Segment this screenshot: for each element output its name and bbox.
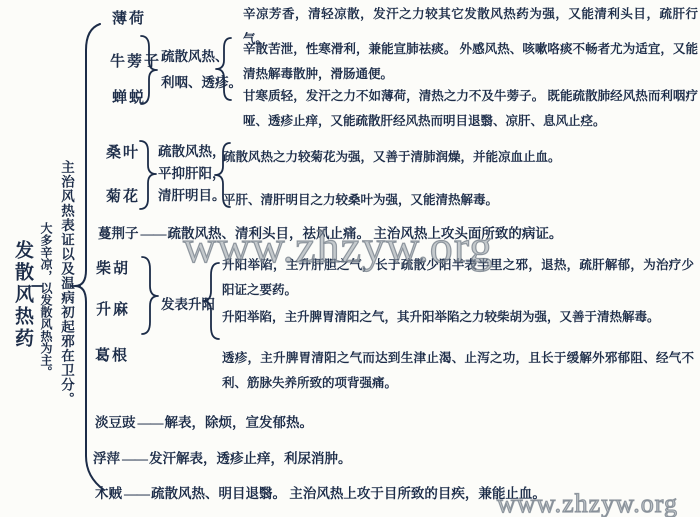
desc-dandouchi: 解表，除烦，宣发郁热。 (165, 415, 314, 430)
herb-name-dandouchi: 淡豆豉 (95, 415, 136, 430)
category-title: 发散风热药 (9, 240, 36, 350)
surface-group-label-line2: 利咽、透疹。 (161, 70, 242, 96)
nature-note: 大多辛凉，以发散风热为主。 (38, 222, 55, 378)
desc-shengma: 升阳举陷，主升脾胃清阳之气，其升阳举陷之力较柴胡为强，又善于清热解毒。 (222, 305, 694, 330)
herb-name-chantui: 蝉蜕 (112, 91, 146, 106)
herb-name-juhua: 菊花 (106, 190, 140, 205)
herb-row-dandouchi: 淡豆豉——解表，除烦，宣发郁热。 (95, 415, 313, 431)
herb-row-muzei: 木贼——疏散风热、明目退翳。 主治风热上攻于目所致的目疾，兼能止血。 (95, 486, 546, 502)
desc-sangye: 疏散风热之力较菊花为强，又善于清肺润燥，并能凉血止血。 (223, 145, 693, 170)
dash-connector: —— (136, 415, 165, 430)
desc-gegen: 透疹，主升脾胃清阳之气而达到生津止渴、止泻之功，且长于缓解外邪郁阻、经气不利、筋… (222, 346, 694, 396)
herb-name-gegen: 葛根 (95, 349, 129, 364)
sang-ju-label-line2: 平抑肝阳， (158, 163, 226, 185)
herb-name-bohe: 薄荷 (112, 12, 146, 27)
herb-name-shengma: 升麻 (96, 303, 130, 318)
watermark-center: www.zhzyw.org (183, 220, 493, 273)
desc-muzei: 疏散风热、明目退翳。 主治风热上攻于目所致的目疾，兼能止血。 (151, 486, 546, 501)
desc-niubangzi: 辛散苦泄，性寒滑利，兼能宣肺祛痰。 外感风热、咳嗽咯痰不畅者尤为适宜，又能清热解… (243, 37, 698, 87)
sang-ju-label-line1: 疏散风热， (158, 141, 226, 163)
desc-juhua: 平肝、清肝明目之力较桑叶为强，又能清热解毒。 (223, 188, 693, 213)
herb-name-sangye: 桑叶 (106, 146, 140, 161)
sang-ju-close-brace (140, 141, 156, 209)
desc-fuping: 发汗解表，透疹止痒，利尿消肿。 (149, 451, 352, 466)
dash-connector: —— (139, 226, 168, 241)
watermark-corner: www.zhzyw.org (497, 489, 678, 517)
sheng-yang-close-brace (142, 257, 158, 334)
desc-chantui: 甘寒质轻，发汗之力不如薄荷，清热之力不及牛蒡子。 既能疏散肺经风热而利咽疗哑、透… (243, 84, 698, 134)
sheng-yang-group-label: 发表升阳 (161, 293, 215, 313)
indication-note: 主治风热表证以及温病初起邪在卫分。 (56, 160, 76, 407)
herb-name-manjingzi: 蔓荆子 (98, 226, 139, 241)
dash-connector: —— (120, 451, 149, 466)
herb-name-niubangzi: 牛蒡子 (110, 55, 161, 70)
sang-ju-group-label: 疏散风热， 平抑肝阳， 清肝明目。 (158, 141, 226, 207)
herb-name-fuping: 浮萍 (93, 451, 120, 466)
surface-group-label: 疏散风热、 利咽、透疹。 (161, 44, 242, 96)
herb-row-fuping: 浮萍——发汗解表，透疹止痒，利尿消肿。 (93, 451, 352, 467)
dash-connector: —— (122, 486, 151, 501)
scanned-herb-diagram-page: 发散风热药 大多辛凉，以发散风热为主。 主治风热表证以及温病初起邪在卫分。 薄荷… (0, 0, 700, 517)
herb-name-chaihu: 柴胡 (96, 262, 130, 277)
herb-name-muzei: 木贼 (95, 486, 122, 501)
surface-group-label-line1: 疏散风热、 (161, 44, 242, 70)
sang-ju-label-line3: 清肝明目。 (158, 185, 226, 207)
